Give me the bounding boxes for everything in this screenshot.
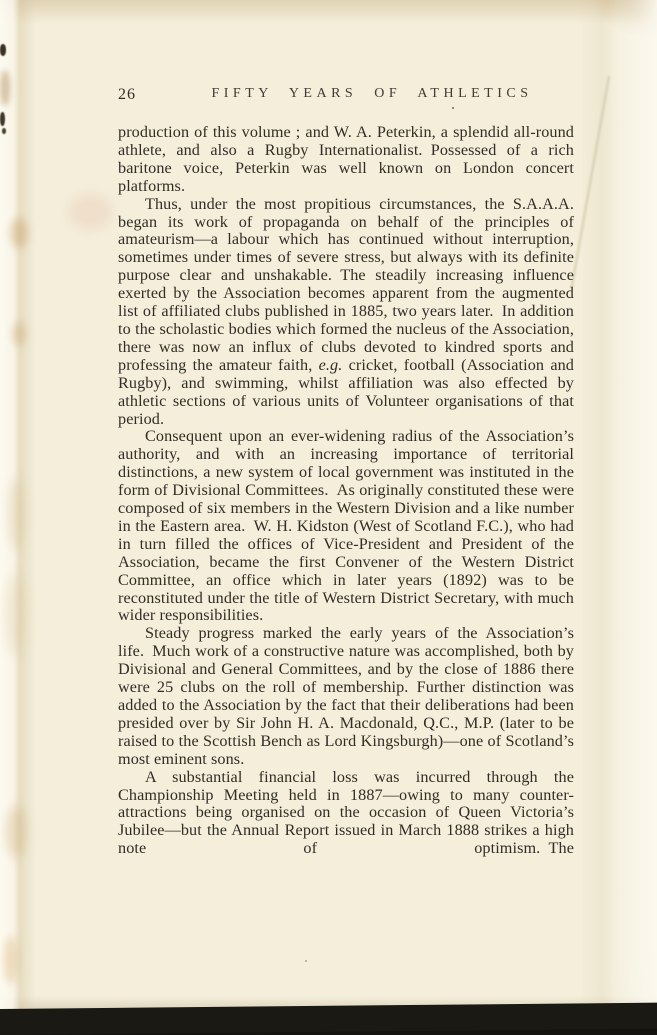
text-segment: production of this volume ; and W. A. Pe… (118, 123, 574, 195)
paragraph: Consequent upon an ever-widening radius … (118, 428, 574, 625)
running-title: FIFTY YEARS OF ATHLETICS (144, 86, 600, 102)
paragraph: production of this volume ; and W. A. Pe… (118, 124, 574, 196)
page-number: 26 (118, 86, 136, 104)
paragraph: Steady progress marked the early years o… (118, 625, 574, 768)
paragraph: Thus, under the most propitious circumst… (118, 196, 574, 429)
ink-speck (0, 112, 5, 126)
scanned-book-page: 26 FIFTY YEARS OF ATHLETICS production o… (0, 0, 657, 1024)
paragraph: A substantial financial loss was incurre… (118, 769, 574, 859)
ink-speck (0, 44, 6, 56)
text-segment: A substantial financial loss was incurre… (118, 768, 574, 858)
paper-stain (4, 936, 18, 984)
paper-stain (8, 478, 24, 550)
book-page: 26 FIFTY YEARS OF ATHLETICS production o… (0, 0, 657, 1014)
ink-speck (2, 128, 6, 134)
text-segment: Thus, under the most propitious circumst… (118, 195, 574, 374)
paper-stain (68, 194, 112, 230)
page-body: production of this volume ; and W. A. Pe… (118, 124, 574, 858)
text-segment: Steady progress marked the early years o… (118, 624, 574, 767)
paper-stain (6, 806, 26, 858)
paper-stain (6, 574, 24, 656)
page-crease (571, 76, 610, 288)
paper-stain (0, 70, 10, 106)
italic-text-segment: e.g. (319, 356, 343, 374)
ink-speck (305, 960, 307, 962)
paper-stain (10, 218, 28, 248)
paper-stain (12, 322, 26, 346)
page-header: 26 FIFTY YEARS OF ATHLETICS (118, 86, 574, 104)
printed-content: 26 FIFTY YEARS OF ATHLETICS production o… (118, 0, 574, 858)
text-segment: Consequent upon an ever-widening radius … (118, 427, 574, 624)
